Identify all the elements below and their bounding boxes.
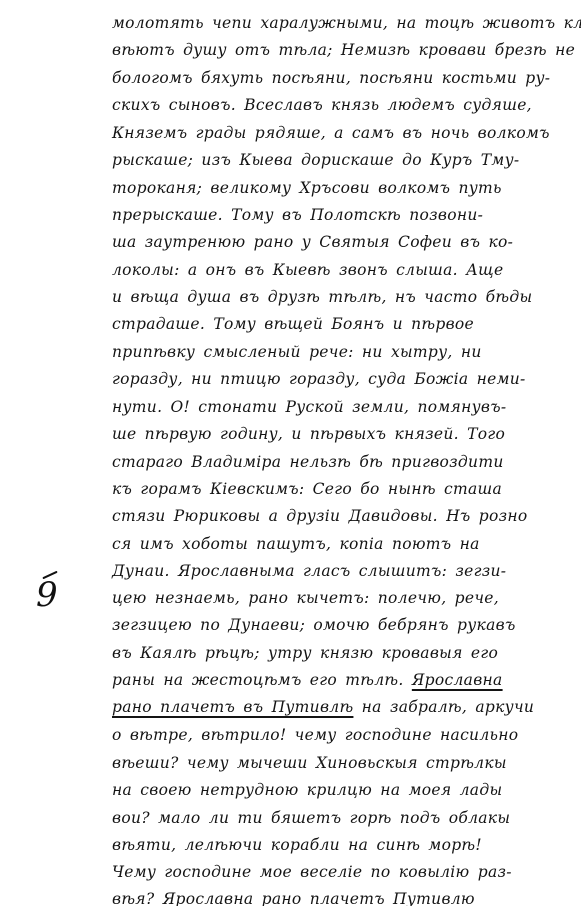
manuscript-line: вѣя? Ярославна рано плачетъ Путивлю	[112, 890, 475, 906]
underlined-phrase: рано плачетъ въ Путивлѣ	[112, 698, 353, 716]
manuscript-line: стязи Рюриковы а друзіи Давидовы. Нъ роз…	[112, 507, 528, 525]
manuscript-line: прерыскаше. Тому въ Полотскѣ позвони-	[112, 206, 483, 224]
manuscript-line: бологомъ бяхуть посѣяни, посѣяни костьми…	[112, 69, 550, 87]
manuscript-line: на своею нетрудною крилцю на моея лады	[112, 781, 502, 799]
manuscript-line: стараго Владиміра нельзѣ бѣ пригвоздити	[112, 453, 504, 471]
manuscript-line: цею незнаемь, рано кычетъ: полечю, рече,	[112, 589, 499, 607]
manuscript-line: горазду, ни птицю горазду, суда Божіа не…	[112, 370, 526, 388]
manuscript-line: Чему господине мое веселіе по ковылію ра…	[112, 863, 512, 881]
manuscript-line: локолы: а онъ въ Кыевѣ звонъ слыша. Аще	[112, 261, 503, 279]
manuscript-line: Княземъ грады рядяше, а самъ въ ночь вол…	[112, 124, 550, 142]
manuscript-line: рано плачетъ въ Путивлѣ на забралѣ, арку…	[112, 698, 534, 716]
manuscript-line: къ горамъ Кіевскимъ: Сего бо нынѣ сташа	[112, 480, 502, 498]
manuscript-line: скихъ сыновъ. Всеславъ князь людемъ судя…	[112, 96, 532, 114]
manuscript-line: вѣютъ душу отъ тѣла; Немизѣ кровави брез…	[112, 41, 575, 59]
manuscript-line: вѣяти, лелѣючи корабли на синѣ морѣ!	[112, 836, 482, 854]
manuscript-line: раны на жестоцѣмъ его тѣлѣ. Ярославна	[112, 671, 503, 689]
manuscript-line: рыскаше; изъ Кыева дорискаше до Куръ Тму…	[112, 151, 519, 169]
manuscript-line: молотять чепи харалужными, на тоцѣ живот…	[112, 14, 581, 33]
manuscript-line: Дунаи. Ярославныма гласъ слышитъ: зегзи-	[112, 562, 506, 580]
manuscript-line: припѣвку смысленый рече: ни хытру, ни	[112, 343, 482, 361]
manuscript-page: 9 молотять чепи харалужными, на тоцѣ жив…	[0, 0, 581, 906]
manuscript-line: зегзицею по Дунаеви; омочю бебрянъ рукав…	[112, 616, 516, 634]
manuscript-line: вои? мало ли ти бяшетъ горѣ подъ облакы	[112, 809, 510, 827]
manuscript-line: вѣеши? чему мычеши Хиновьскыя стрѣлкы	[112, 754, 507, 772]
manuscript-line: ся имъ хоботы пашутъ, копіа поютъ на	[112, 535, 480, 553]
folio-number: 9	[36, 578, 58, 612]
manuscript-line: ша заутренюю рано у Святыя Софеи въ ко-	[112, 233, 513, 251]
manuscript-line: и вѣща душа въ друзѣ тѣлѣ, нъ часто бѣды	[112, 288, 532, 306]
underlined-phrase: Ярославна	[412, 671, 503, 689]
manuscript-line: нути. О! стонати Руской земли, помянувъ-	[112, 398, 506, 416]
manuscript-line: страдаше. Тому вѣщей Боянъ и пѣрвое	[112, 315, 474, 333]
manuscript-line: ше пѣрвую годину, и пѣрвыхъ князей. Того	[112, 425, 505, 443]
manuscript-line: о вѣтре, вѣтрило! чему господине насильн…	[112, 726, 518, 744]
manuscript-line: въ Каялѣ рѣцѣ; утру князю кровавыя его	[112, 644, 498, 662]
manuscript-line: тороканя; великому Хръсови волкомъ путь	[112, 179, 502, 197]
